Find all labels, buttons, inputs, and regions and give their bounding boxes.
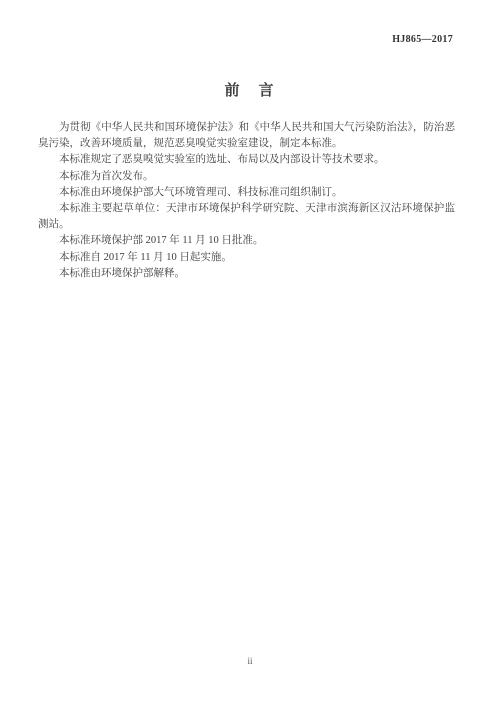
paragraph: 本标准自 2017 年 11 月 10 日起实施。 [38, 250, 455, 266]
foreword-body: 为贯彻《中华人民共和国环境保护法》和《中华人民共和国大气污染防治法》，防治恶臭污… [38, 120, 455, 282]
paragraph: 本标准由环境保护部大气环境管理司、科技标准司组织制订。 [38, 185, 455, 201]
page-title: 前 言 [0, 79, 500, 100]
paragraph: 本标准由环境保护部解释。 [38, 266, 455, 282]
document-page: HJ865—2017 前 言 为贯彻《中华人民共和国环境保护法》和《中华人民共和… [0, 0, 500, 707]
paragraph: 本标准为首次发布。 [38, 169, 455, 185]
paragraph: 本标准主要起草单位：天津市环境保护科学研究院、天津市滨海新区汉沽环境保护监测站。 [38, 201, 455, 233]
paragraph: 本标准环境保护部 2017 年 11 月 10 日批准。 [38, 233, 455, 249]
paragraph: 为贯彻《中华人民共和国环境保护法》和《中华人民共和国大气污染防治法》，防治恶臭污… [38, 120, 455, 152]
paragraph: 本标准规定了恶臭嗅觉实验室的选址、布局以及内部设计等技术要求。 [38, 152, 455, 168]
page-number: ii [0, 656, 500, 666]
standard-number-header: HJ865—2017 [392, 34, 453, 45]
